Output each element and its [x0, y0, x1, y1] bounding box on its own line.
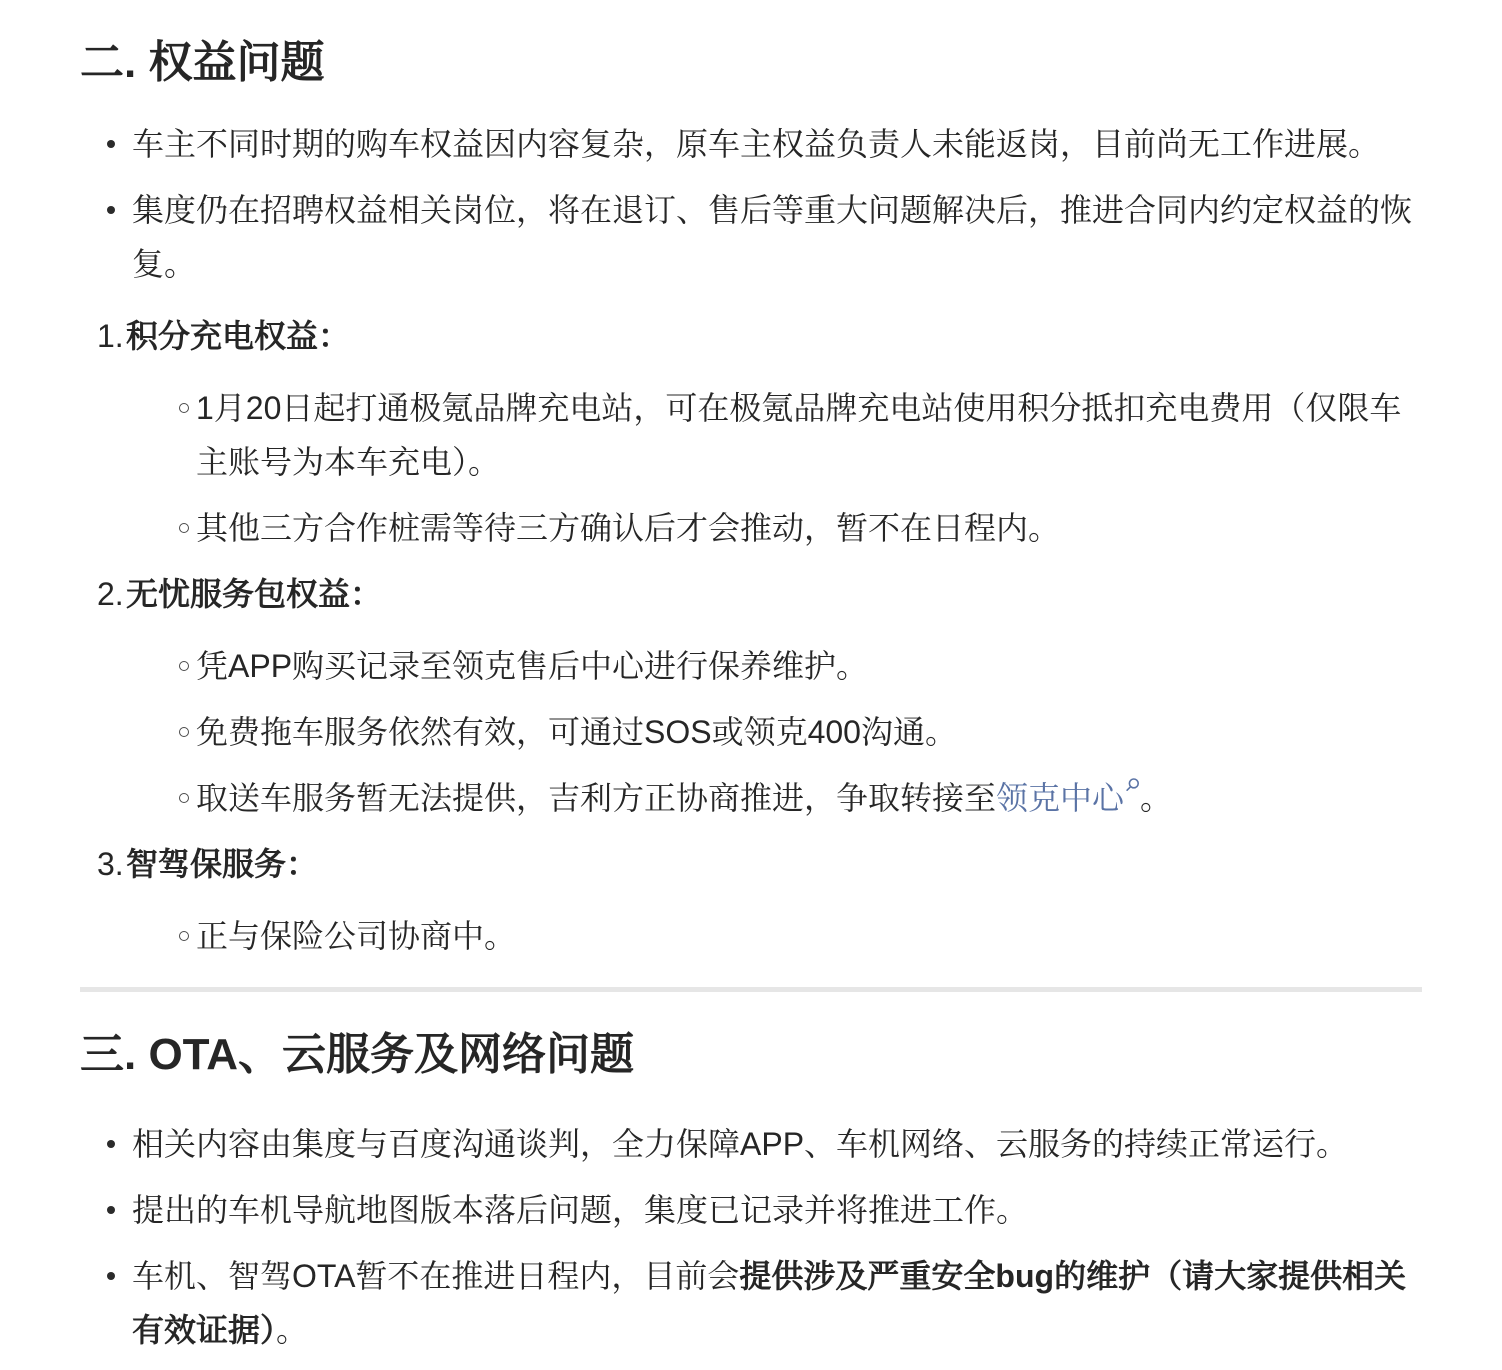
item-number: 2.	[97, 567, 124, 621]
sub-item-text: 正与保险公司协商中。	[196, 918, 516, 954]
bullet-icon	[107, 1272, 115, 1280]
rights-numbered-list: 1. 积分充电权益： 1月20日起打通极氪品牌充电站，可在极氪品牌充电站使用积分…	[80, 309, 1422, 963]
item-number: 3.	[97, 837, 124, 891]
lynk-center-link[interactable]: 领克中心	[996, 780, 1140, 816]
section-divider	[80, 987, 1422, 992]
sub-item-text: 1月20日起打通极氪品牌充电站，可在极氪品牌充电站使用积分抵扣充电费用（仅限车主…	[196, 390, 1401, 480]
sub-list: 凭APP购买记录至领克售后中心进行保养维护。 免费拖车服务依然有效，可通过SOS…	[126, 639, 1422, 825]
list-item-text: 集度仍在招聘权益相关岗位，将在退订、售后等重大问题解决后，推进合同内约定权益的恢…	[132, 192, 1412, 282]
sub-list-item: 取送车服务暂无法提供，吉利方正协商推进，争取转接至领克中心。	[126, 771, 1422, 825]
bullet-icon	[107, 1140, 115, 1148]
list-item: 提出的车机导航地图版本落后问题，集度已记录并将推进工作。	[80, 1183, 1422, 1237]
sub-item-text: 免费拖车服务依然有效，可通过SOS或领克400沟通。	[196, 714, 957, 750]
ota-bullet-list: 相关内容由集度与百度沟通谈判，全力保障APP、车机网络、云服务的持续正常运行。 …	[80, 1117, 1422, 1357]
circle-bullet-icon	[179, 661, 189, 671]
circle-bullet-icon	[179, 793, 189, 803]
bullet-icon	[107, 1206, 115, 1214]
item-number: 1.	[97, 309, 124, 363]
list-item-text: 车机、智驾OTA暂不在推进日程内，目前会	[132, 1258, 739, 1294]
document: 二. 权益问题 车主不同时期的购车权益因内容复杂，原车主权益负责人未能返岗，目前…	[0, 34, 1502, 1357]
numbered-item-insurance: 3. 智驾保服务： 正与保险公司协商中。	[80, 837, 1422, 963]
sub-list-item: 其他三方合作桩需等待三方确认后才会推动，暂不在日程内。	[126, 501, 1422, 555]
list-item: 车主不同时期的购车权益因内容复杂，原车主权益负责人未能返岗，目前尚无工作进展。	[80, 117, 1422, 171]
list-item-text: 相关内容由集度与百度沟通谈判，全力保障APP、车机网络、云服务的持续正常运行。	[132, 1126, 1348, 1162]
sub-item-text: 凭APP购买记录至领克售后中心进行保养维护。	[196, 648, 868, 684]
rights-bullet-list: 车主不同时期的购车权益因内容复杂，原车主权益负责人未能返岗，目前尚无工作进展。 …	[80, 117, 1422, 291]
bullet-icon	[107, 140, 115, 148]
sub-list: 1月20日起打通极氪品牌充电站，可在极氪品牌充电站使用积分抵扣充电费用（仅限车主…	[126, 381, 1422, 555]
list-item-text: 车主不同时期的购车权益因内容复杂，原车主权益负责人未能返岗，目前尚无工作进展。	[132, 126, 1380, 162]
list-item-text: 提出的车机导航地图版本落后问题，集度已记录并将推进工作。	[132, 1192, 1028, 1228]
sub-list-item: 正与保险公司协商中。	[126, 909, 1422, 963]
list-item-text: 。	[276, 1312, 308, 1348]
sub-list-item: 1月20日起打通极氪品牌充电站，可在极氪品牌充电站使用积分抵扣充电费用（仅限车主…	[126, 381, 1422, 489]
numbered-item-service-package: 2. 无忧服务包权益： 凭APP购买记录至领克售后中心进行保养维护。 免费拖车服…	[80, 567, 1422, 825]
link-text: 领克中心	[996, 780, 1124, 816]
search-icon	[1125, 778, 1140, 793]
list-item: 相关内容由集度与百度沟通谈判，全力保障APP、车机网络、云服务的持续正常运行。	[80, 1117, 1422, 1171]
sub-list-item: 免费拖车服务依然有效，可通过SOS或领克400沟通。	[126, 705, 1422, 759]
circle-bullet-icon	[179, 403, 189, 413]
item-title: 智驾保服务：	[126, 846, 318, 882]
numbered-item-points-charging: 1. 积分充电权益： 1月20日起打通极氪品牌充电站，可在极氪品牌充电站使用积分…	[80, 309, 1422, 555]
list-item: 车机、智驾OTA暂不在推进日程内，目前会提供涉及严重安全bug的维护（请大家提供…	[80, 1249, 1422, 1357]
item-title: 积分充电权益：	[126, 318, 350, 354]
heading-rights: 二. 权益问题	[80, 34, 1422, 91]
sub-list-item: 凭APP购买记录至领克售后中心进行保养维护。	[126, 639, 1422, 693]
item-title: 无忧服务包权益：	[126, 576, 382, 612]
bullet-icon	[107, 206, 115, 214]
list-item: 集度仍在招聘权益相关岗位，将在退订、售后等重大问题解决后，推进合同内约定权益的恢…	[80, 183, 1422, 291]
circle-bullet-icon	[179, 727, 189, 737]
sub-item-text: 。	[1140, 780, 1172, 816]
sub-list: 正与保险公司协商中。	[126, 909, 1422, 963]
circle-bullet-icon	[179, 931, 189, 941]
sub-item-text: 取送车服务暂无法提供，吉利方正协商推进，争取转接至	[196, 780, 996, 816]
sub-item-text: 其他三方合作桩需等待三方确认后才会推动，暂不在日程内。	[196, 510, 1060, 546]
heading-ota: 三. OTA、云服务及网络问题	[80, 1026, 1422, 1083]
circle-bullet-icon	[179, 523, 189, 533]
